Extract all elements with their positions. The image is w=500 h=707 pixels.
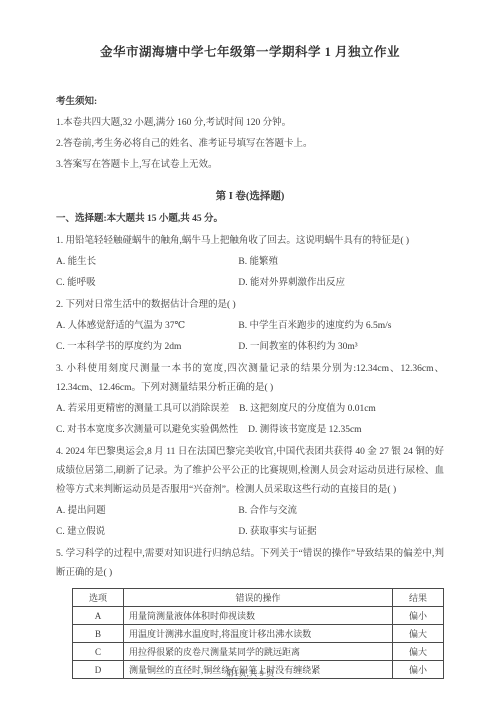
table-cell-operation: 用量筒测量液体体积时仰视读数: [124, 607, 393, 625]
table-cell-result: 偏大: [393, 643, 444, 661]
option-c: C. 一本科学书的厚度约为 2dm: [56, 337, 238, 358]
table-cell-option: B: [73, 625, 124, 643]
question-stem: 3. 小科使用刻度尺测量一本书的宽度,四次测量记录的结果分别为:12.34cm、…: [56, 360, 444, 398]
option-a: A. 能生长: [56, 252, 238, 273]
question-options-row: A. 人体感觉舒适的气温为 37℃ B. 中学生百米跑步的速度约为 6.5m/s: [56, 316, 444, 337]
table-header-row: 选项 错误的操作 结果: [73, 589, 444, 607]
question-5: 5. 学习科学的过程中,需要对知识进行归纳总结。下列关于“错误的操作”导致结果的…: [56, 545, 444, 679]
question-stem: 2. 下列对日常生活中的数据估计合理的是( ): [56, 296, 444, 315]
option-b: B. 中学生百米跑步的速度约为 6.5m/s: [238, 316, 444, 337]
question-options-row: A. 能生长 B. 能繁殖: [56, 252, 444, 273]
table-cell-option: C: [73, 643, 124, 661]
question-options-row: A. 提出问题 B. 合作与交流: [56, 501, 444, 522]
option-d: D. 一间教室的体积约为 30m³: [238, 337, 444, 358]
notice-line: 3.答案写在答题卡上,写在试卷上无效。: [56, 155, 444, 176]
option-a: A. 提出问题: [56, 501, 238, 522]
option-d: D. 测得该书宽度是 12.35cm: [248, 420, 444, 441]
table-row: A 用量筒测量液体体积时仰视读数 偏小: [73, 607, 444, 625]
page-title: 金华市湖海塘中学七年级第一学期科学 1 月独立作业: [56, 44, 444, 60]
option-b: B. 这把刻度尺的分度值为 0.01cm: [239, 399, 444, 420]
table-header-result: 结果: [393, 589, 444, 607]
question-options-row: C. 建立假说 D. 获取事实与证据: [56, 522, 444, 543]
notice-line: 1.本卷共四大题,32 小题,满分 160 分,考试时间 120 分钟。: [56, 113, 444, 134]
volume-title: 第 I 卷(选择题): [56, 188, 444, 206]
table-header-option: 选项: [73, 589, 124, 607]
part-heading: 一、选择题:本大题共 15 小题,共 45 分。: [56, 209, 444, 230]
table-cell-option: A: [73, 607, 124, 625]
question-options-row: C. 对书本宽度多次测量可以避免实验偶然性 D. 测得该书宽度是 12.35cm: [56, 420, 444, 441]
question-options-row: C. 能呼吸 D. 能对外界刺激作出反应: [56, 273, 444, 294]
table-cell-operation: 用温度计测沸水温度时,将温度计移出沸水读数: [124, 625, 393, 643]
question-4: 4. 2024 年巴黎奥运会,8 月 11 日在法国巴黎完美收官,中国代表团共获…: [56, 443, 444, 543]
notice-heading: 考生须知:: [56, 92, 444, 113]
option-b: B. 合作与交流: [238, 501, 444, 522]
question-options-row: C. 一本科学书的厚度约为 2dm D. 一间教室的体积约为 30m³: [56, 337, 444, 358]
table-cell-operation: 用拉得很紧的皮卷尺测量某同学的跳远距离: [124, 643, 393, 661]
table-cell-result: 偏小: [393, 607, 444, 625]
question-2: 2. 下列对日常生活中的数据估计合理的是( ) A. 人体感觉舒适的气温为 37…: [56, 296, 444, 358]
candidate-notice: 考生须知: 1.本卷共四大题,32 小题,满分 160 分,考试时间 120 分…: [56, 92, 444, 176]
option-b: B. 能繁殖: [238, 252, 444, 273]
question-stem: 1. 用铅笔轻轻触碰蜗牛的触角,蜗牛马上把触角收了回去。这说明蜗牛具有的特征是(…: [56, 232, 444, 251]
page-footer: 第1页,共 9 页: [0, 667, 500, 679]
question-3: 3. 小科使用刻度尺测量一本书的宽度,四次测量记录的结果分别为:12.34cm、…: [56, 360, 444, 441]
option-d: D. 能对外界刺激作出反应: [238, 273, 444, 294]
table-row: C 用拉得很紧的皮卷尺测量某同学的跳远距离 偏大: [73, 643, 444, 661]
question-stem: 4. 2024 年巴黎奥运会,8 月 11 日在法国巴黎完美收官,中国代表团共获…: [56, 443, 444, 500]
table-header-operation: 错误的操作: [124, 589, 393, 607]
option-d: D. 获取事实与证据: [238, 522, 444, 543]
question-1: 1. 用铅笔轻轻触碰蜗牛的触角,蜗牛马上把触角收了回去。这说明蜗牛具有的特征是(…: [56, 232, 444, 294]
option-c: C. 对书本宽度多次测量可以避免实验偶然性: [56, 420, 248, 441]
option-a: A. 若采用更精密的测量工具可以消除误差: [56, 399, 239, 420]
question-5-table: 选项 错误的操作 结果 A 用量筒测量液体体积时仰视读数 偏小 B 用温度计测沸…: [72, 588, 444, 679]
question-options-row: A. 若采用更精密的测量工具可以消除误差 B. 这把刻度尺的分度值为 0.01c…: [56, 399, 444, 420]
notice-line: 2.答卷前,考生务必将自己的姓名、准考证号填写在答题卡上。: [56, 134, 444, 155]
table-cell-result: 偏大: [393, 625, 444, 643]
option-a: A. 人体感觉舒适的气温为 37℃: [56, 316, 238, 337]
table-row: B 用温度计测沸水温度时,将温度计移出沸水读数 偏大: [73, 625, 444, 643]
question-stem: 5. 学习科学的过程中,需要对知识进行归纳总结。下列关于“错误的操作”导致结果的…: [56, 545, 444, 583]
option-c: C. 能呼吸: [56, 273, 238, 294]
exam-document-page: 金华市湖海塘中学七年级第一学期科学 1 月独立作业 考生须知: 1.本卷共四大题…: [0, 0, 500, 707]
option-c: C. 建立假说: [56, 522, 238, 543]
